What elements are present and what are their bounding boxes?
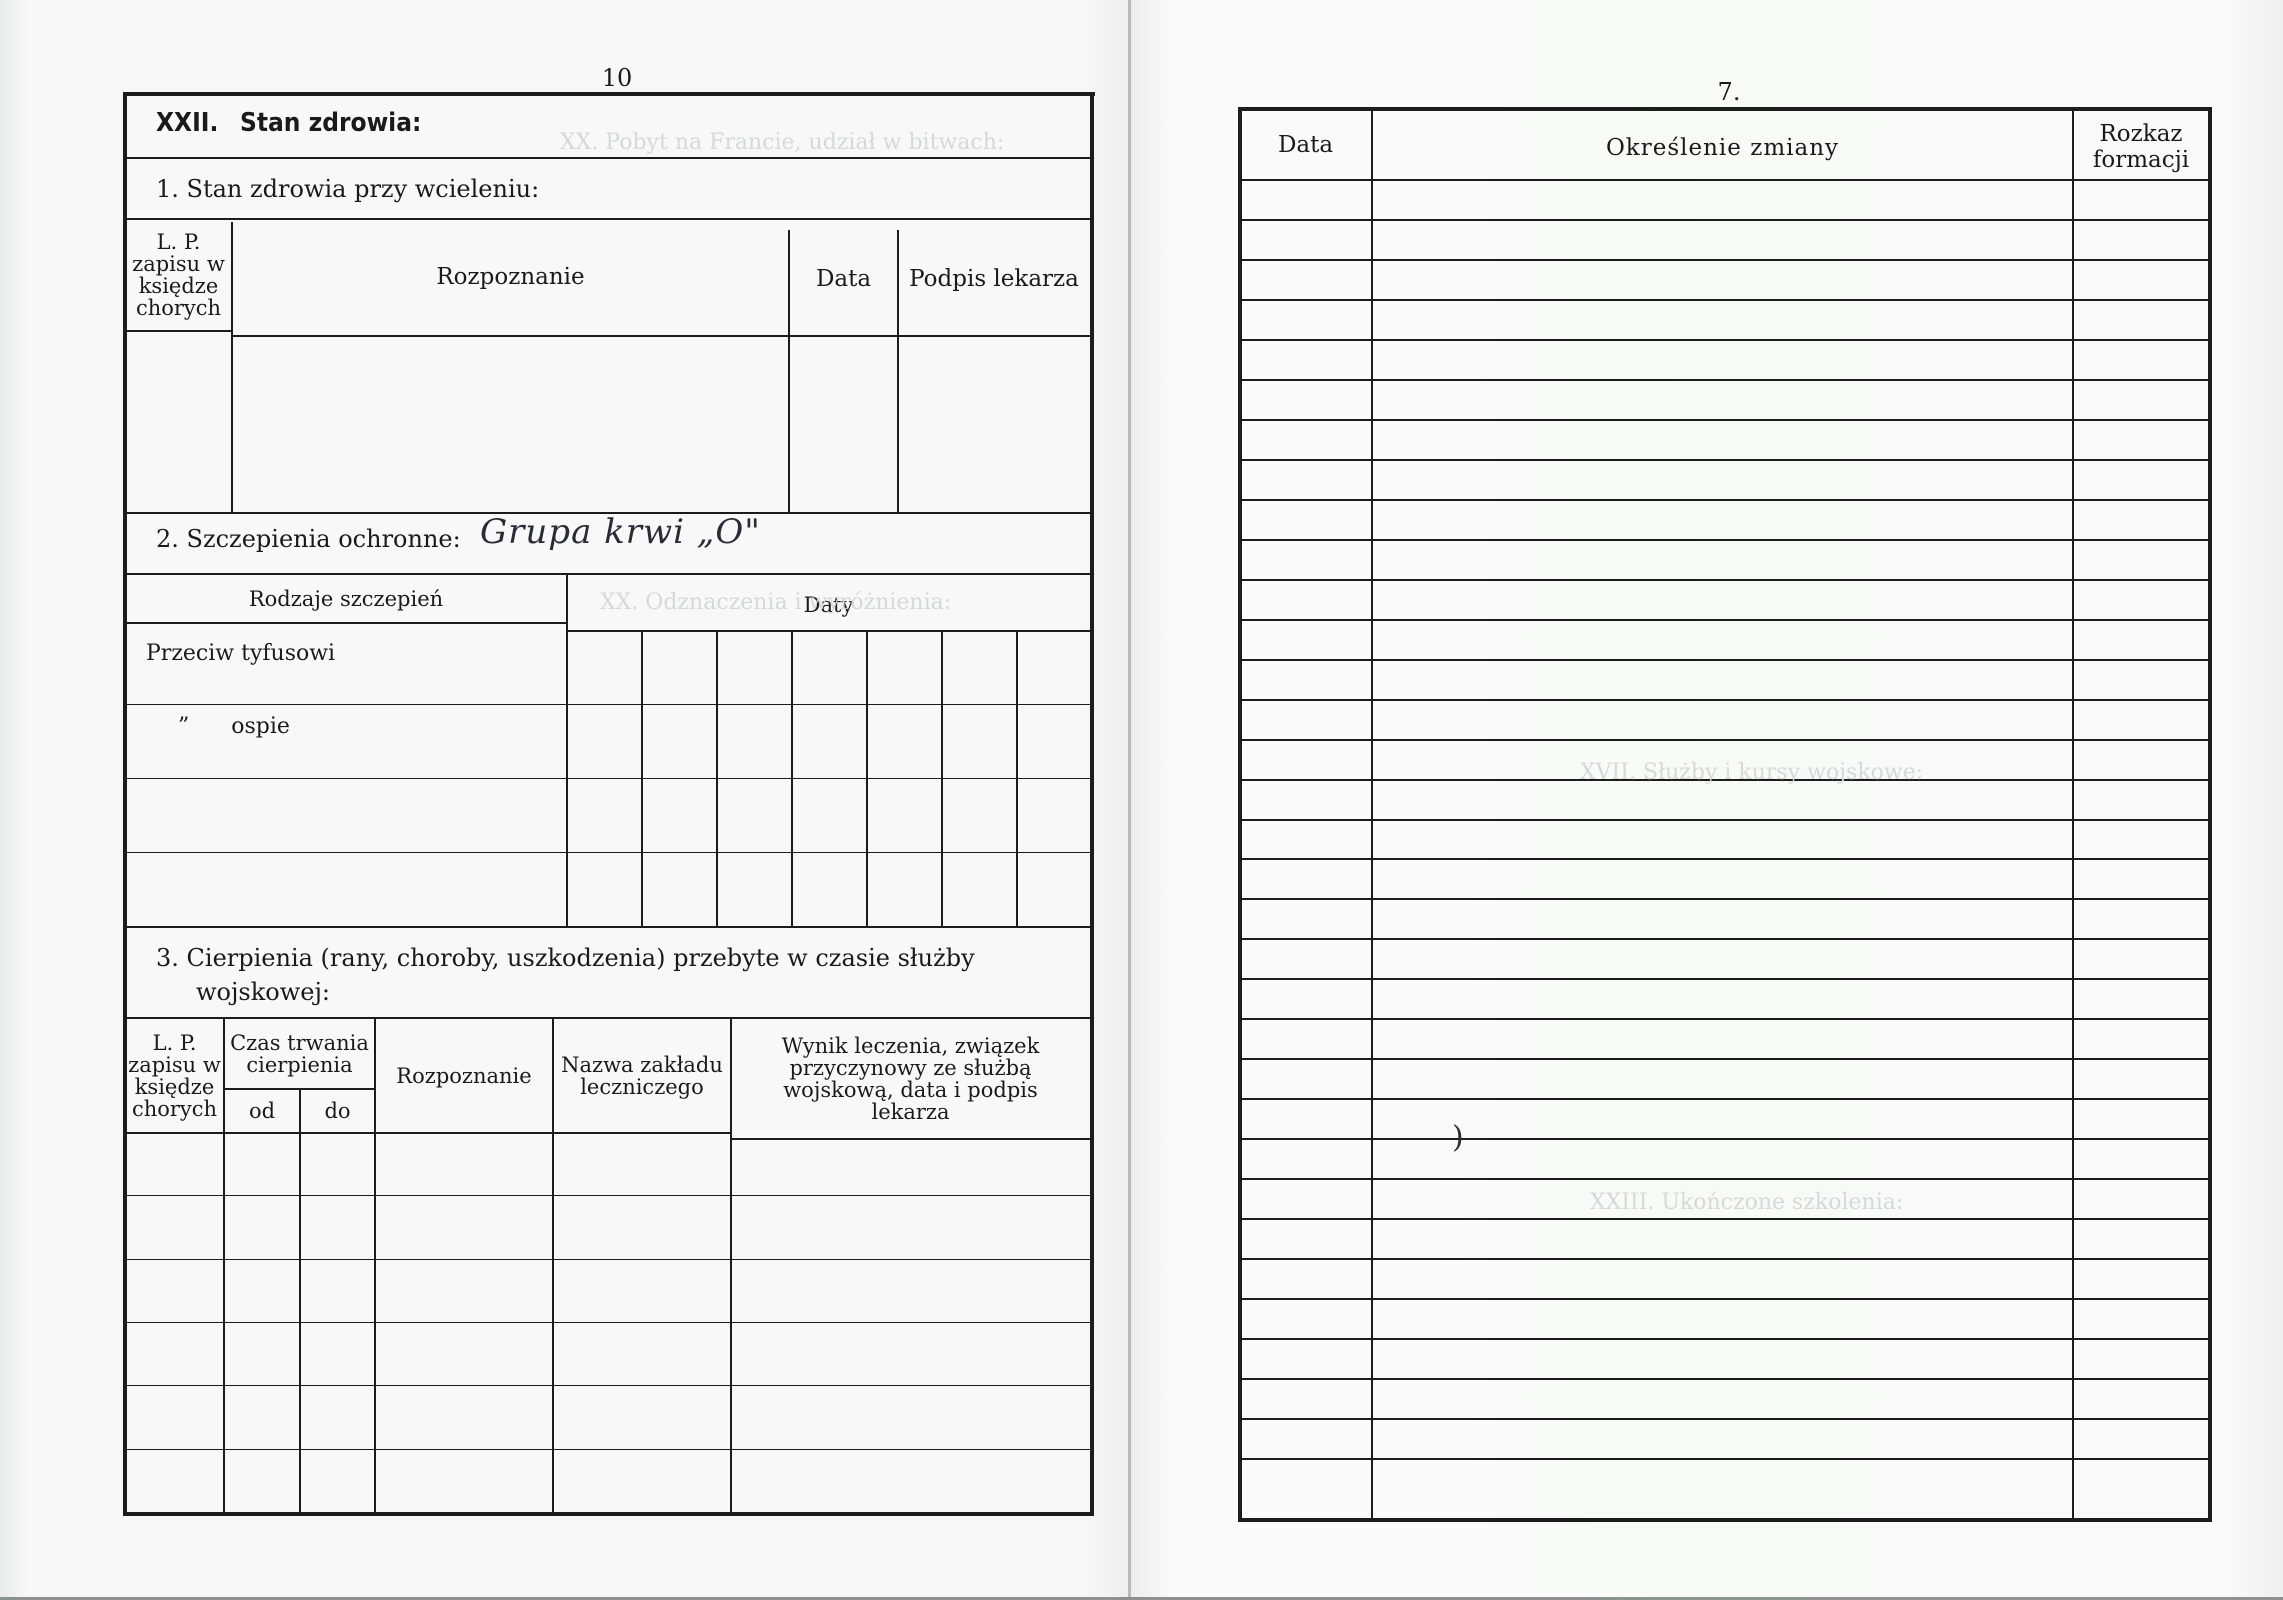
divider <box>125 622 566 624</box>
col-line <box>566 575 568 927</box>
table-row-line <box>1240 938 2208 940</box>
col-line <box>897 230 899 512</box>
book-gutter <box>1128 0 1131 1597</box>
table-row-line <box>125 1259 1091 1260</box>
divider <box>233 335 1091 337</box>
right-page <box>1131 0 2283 1597</box>
col-line <box>299 1088 301 1514</box>
col-header-result: Wynik leczenia, związek przyczynowy ze s… <box>731 1020 1090 1138</box>
bleed-through: XX. Odznaczenia i wyróżnienia: <box>600 590 951 615</box>
table-row-line <box>125 1322 1091 1323</box>
col-line <box>552 1019 554 1514</box>
col-header-diagnosis-2: Rozpoznanie <box>375 1020 553 1132</box>
table-row-line <box>1240 1018 2208 1020</box>
vaccine-row-typhus: Przeciw tyfusowi <box>146 641 335 666</box>
table-row-line <box>1240 459 2208 461</box>
table-row-line <box>1240 1098 2208 1100</box>
frame-bottom <box>1240 1518 2212 1522</box>
divider <box>125 926 1091 928</box>
divider <box>568 630 1091 632</box>
table-row-line <box>125 852 1091 853</box>
table-row-line <box>1240 499 2208 501</box>
col-line <box>374 1019 376 1514</box>
table-row-line <box>1240 259 2208 261</box>
table-row-line <box>1240 219 2208 221</box>
date-col-line <box>716 632 718 926</box>
divider <box>125 330 231 332</box>
col-header-duration: Czas trwania cierpienia <box>224 1020 375 1088</box>
divider <box>731 1138 1091 1140</box>
page-number-right: 7. <box>1718 78 1741 106</box>
table-row-line <box>1240 1458 2208 1460</box>
pen-mark: ) <box>1452 1120 1465 1155</box>
col-header-facility: Nazwa zakładu leczniczego <box>553 1020 731 1132</box>
bleed-through: XX. Pobyt na Francie, udział w bitwach: <box>560 130 1004 155</box>
table-row-line <box>1240 898 2208 900</box>
table-row-line <box>1240 579 2208 581</box>
date-col-line <box>791 632 793 926</box>
col-header-from: od <box>224 1090 300 1132</box>
table-row-line <box>1240 379 2208 381</box>
frame-left <box>1238 107 1242 1522</box>
col-header-to: do <box>300 1090 375 1132</box>
col-header-lp-2: L. P. zapisu w księdze chorych <box>125 1020 224 1132</box>
col-header-date: Data <box>1240 111 1371 179</box>
subsection-2-title: 2. Szczepienia ochronne: <box>156 525 461 553</box>
table-row-line <box>1240 619 2208 621</box>
table-row-line <box>125 1195 1091 1196</box>
table-row-line <box>1240 819 2208 821</box>
table-row-line <box>1240 659 2208 661</box>
table-row-line <box>1240 539 2208 541</box>
col-header-signature: Podpis lekarza <box>898 220 1090 338</box>
col-header-vaccine-kinds: Rodzaje szczepień <box>125 575 567 623</box>
col-line <box>223 1019 225 1514</box>
col-header-lp: L. P. zapisu w księdze chorych <box>125 220 232 330</box>
date-col-line <box>1016 632 1018 926</box>
col-header-order: Rozkaz formacji <box>2074 111 2208 183</box>
table-row-line <box>125 1385 1091 1386</box>
col-header-diagnosis: Rozpoznanie <box>232 220 789 334</box>
table-row-line <box>1240 978 2208 980</box>
table-row-line <box>1240 1218 2208 1220</box>
col-header-date: Data <box>789 220 898 338</box>
table-row-line <box>1240 1258 2208 1260</box>
table-row-line <box>1240 1338 2208 1340</box>
date-col-line <box>866 632 868 926</box>
section-title: Stan zdrowia: <box>240 108 421 138</box>
table-row-line <box>1240 739 2208 741</box>
col-line <box>788 230 790 512</box>
date-col-line <box>941 632 943 926</box>
subsection-1-title: 1. Stan zdrowia przy wcieleniu: <box>156 175 539 203</box>
page-number-left: 10 <box>602 64 633 92</box>
divider <box>125 157 1091 159</box>
table-row-line <box>1240 419 2208 421</box>
table-row-line <box>1240 858 2208 860</box>
frame-right <box>2208 107 2212 1522</box>
col-header-change: Określenie zmiany <box>1373 111 2072 185</box>
date-col-line <box>641 632 643 926</box>
header-line <box>1240 179 2208 181</box>
table-row-line <box>1240 1378 2208 1380</box>
bleed-through: XVII. Służby i kursy wojskowe: <box>1580 760 1923 785</box>
subsection-3-title: 3. Cierpienia (rany, choroby, uszkodzeni… <box>156 944 975 972</box>
frame-right <box>1090 92 1094 1516</box>
frame-top <box>125 92 1095 96</box>
table-row-line <box>1240 699 2208 701</box>
col-line <box>730 1019 732 1514</box>
table-row-line <box>1240 1178 2208 1180</box>
col-line <box>231 222 233 512</box>
bleed-through: XXIII. Ukończone szkolenia: <box>1590 1190 1903 1215</box>
table-row-line <box>1240 1418 2208 1420</box>
frame-bottom <box>125 1512 1091 1516</box>
col-line <box>1371 109 1373 1518</box>
table-row-line <box>125 704 1091 705</box>
divider <box>125 1017 1091 1019</box>
table-row-line <box>125 778 1091 779</box>
divider <box>125 1132 731 1134</box>
section-number: XXII. <box>156 108 218 138</box>
col-line <box>2072 109 2074 1518</box>
table-row-line <box>1240 1058 2208 1060</box>
table-row-line <box>1240 1138 2208 1140</box>
table-row-line <box>125 1449 1091 1450</box>
table-row-line <box>1240 1298 2208 1300</box>
table-row-line <box>1240 339 2208 341</box>
table-row-line <box>1240 299 2208 301</box>
handwritten-blood-group: Grupa krwi „O" <box>480 512 761 552</box>
vaccine-row-smallpox: ” ospie <box>178 714 290 739</box>
subsection-3-title-cont: wojskowej: <box>196 978 330 1006</box>
